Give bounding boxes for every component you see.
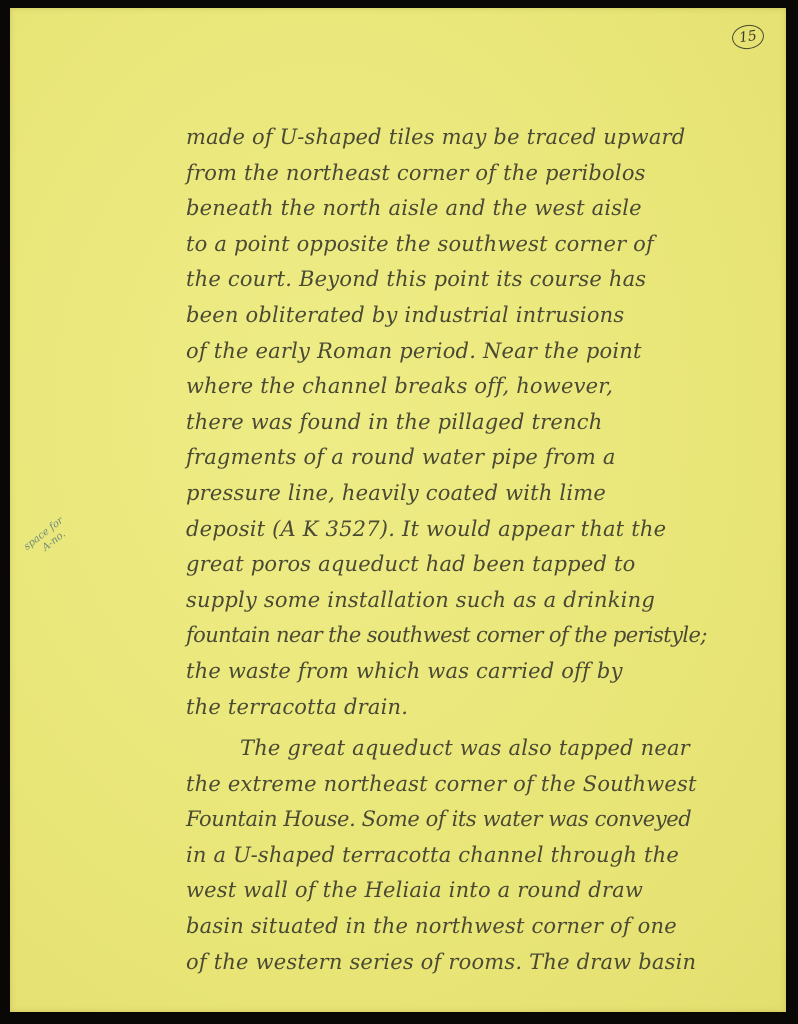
text-line: the extreme northeast corner of the Sout… [186, 767, 786, 803]
text-line: beneath the north aisle and the west ais… [186, 191, 786, 227]
text-line: supply some installation such as a drink… [186, 583, 786, 619]
text-line: west wall of the Heliaia into a round dr… [186, 873, 786, 909]
margin-note: space for A-no. [22, 501, 92, 563]
text-line: deposit (A K 3527). It would appear that… [186, 512, 786, 548]
text-line: the court. Beyond this point its course … [186, 262, 786, 298]
text-line: pressure line, heavily coated with lime [186, 476, 786, 512]
text-line: been obliterated by industrial intrusion… [186, 298, 786, 334]
text-line: where the channel breaks off, however, [186, 369, 786, 405]
text-line: made of U-shaped tiles may be traced upw… [186, 120, 786, 156]
text-line: from the northeast corner of the peribol… [186, 156, 786, 192]
text-line: to a point opposite the southwest corner… [186, 227, 786, 263]
text-line: The great aqueduct was also tapped near [186, 731, 786, 767]
text-line: of the western series of rooms. The draw… [186, 945, 786, 981]
text-line: there was found in the pillaged trench [186, 405, 786, 441]
manuscript-page: 15 space for A-no. made of U-shaped tile… [10, 8, 786, 1012]
text-line: great poros aqueduct had been tapped to [186, 547, 786, 583]
page-number-circled: 15 [730, 23, 765, 51]
paragraph-1: made of U-shaped tiles may be traced upw… [186, 120, 786, 725]
text-line: fountain near the southwest corner of th… [186, 618, 786, 654]
text-line: of the early Roman period. Near the poin… [186, 334, 786, 370]
manuscript-body: made of U-shaped tiles may be traced upw… [186, 120, 786, 980]
text-line: the terracotta drain. [186, 690, 786, 726]
text-line: Fountain House. Some of its water was co… [186, 802, 786, 838]
text-line: fragments of a round water pipe from a [186, 440, 786, 476]
text-line: in a U-shaped terracotta channel through… [186, 838, 786, 874]
paragraph-2: The great aqueduct was also tapped near … [186, 731, 786, 980]
text-line: the waste from which was carried off by [186, 654, 786, 690]
text-line: basin situated in the northwest corner o… [186, 909, 786, 945]
